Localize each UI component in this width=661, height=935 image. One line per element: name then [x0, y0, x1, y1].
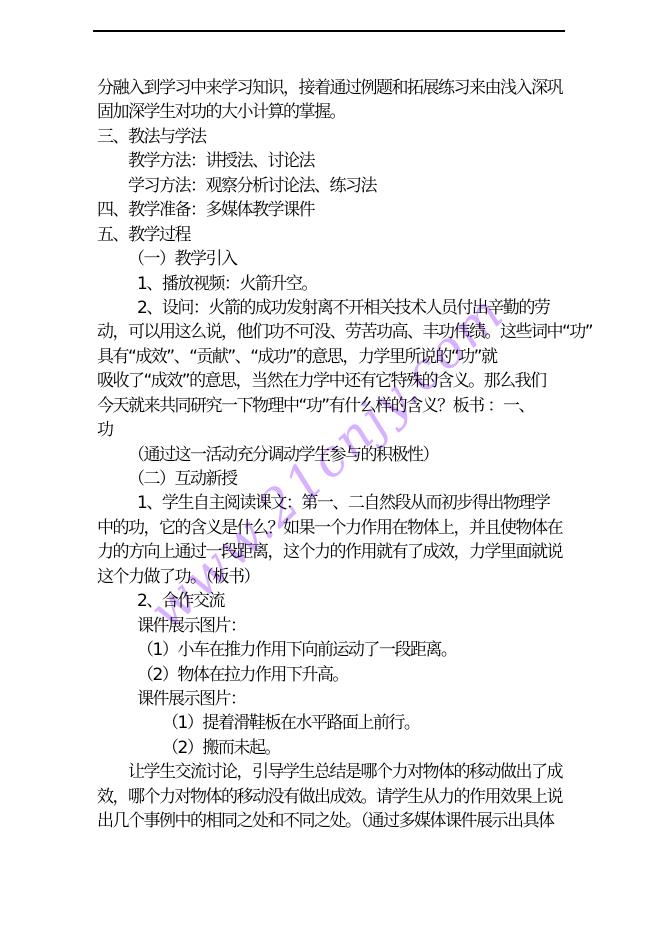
text-line: 今天就来共同研究一下物理中“功”有什么样的含义？板书 ：一、: [97, 394, 597, 418]
text-line: 力的方向上通过一段距离，这个力的作用就有了成效，力学里面就说: [97, 540, 597, 564]
text-line: 固加深学生对功的大小计算的掌握。: [97, 100, 597, 124]
list-item: 1、学生自主阅读课文：第一、二自然段从而初步得出物理学: [137, 491, 597, 515]
text-line: 这个力做了功。（板书）: [97, 565, 597, 589]
text-line: 中的功，它的含义是什么？如果一个力作用在物体上，并且使物体在: [97, 516, 597, 540]
document-body: 分融入到学习中来学习知识，接着通过例题和拓展练习来由浅入深巩 固加深学生对功的大…: [97, 76, 597, 834]
text-line: 效，哪个力对物体的移动没有做出成效。请学生从力的作用效果上说: [97, 785, 597, 809]
document-page: www.21cnjy.com 分融入到学习中来学习知识，接着通过例题和拓展练习来…: [0, 0, 661, 935]
text-line: 功: [97, 418, 597, 442]
subsection-heading: （一）教学引入: [128, 247, 597, 271]
text-line: 动，可以用这么说，他们功不可没、劳苦功高、丰功伟绩。这些词中“功”: [97, 320, 597, 344]
list-item: （2）物体在拉力作用下升高。: [137, 663, 597, 687]
text-line: 学习方法：观察分析讨论法、练习法: [128, 174, 597, 198]
section-heading: 三、教法与学法: [97, 125, 597, 149]
section-heading: 四、教学准备：多媒体教学课件: [97, 198, 597, 222]
page-header-rule: [93, 30, 565, 32]
list-item: 1、播放视频：火箭升空。: [137, 272, 597, 296]
text-line: 出几个事例中的相同之处和不同之处。（通过多媒体课件展示出具体: [97, 809, 597, 833]
text-line: 分融入到学习中来学习知识，接着通过例题和拓展练习来由浅入深巩: [97, 76, 597, 100]
text-line: 课件展示图片：: [137, 614, 597, 638]
text-line: 课件展示图片：: [137, 687, 597, 711]
list-item: （1）提着滑鞋板在水平路面上前行。: [162, 711, 597, 735]
list-item: 2、合作交流: [137, 589, 597, 613]
list-item: （1）小车在推力作用下向前运动了一段距离。: [137, 638, 597, 662]
text-line: 具有“成效”、“贡献”、“成功”的意思，力学里所说的“功”就: [97, 345, 597, 369]
text-line: （通过这一活动充分调动学生参与的积极性）: [128, 443, 597, 467]
text-line: 吸收了“成效”的意思，当然在力学中还有它特殊的含义。那么我们: [97, 369, 597, 393]
list-item: （2）搬而未起。: [162, 736, 597, 760]
subsection-heading: （二）互动新授: [128, 467, 597, 491]
section-heading: 五、教学过程: [97, 223, 597, 247]
text-line: 教学方法：讲授法、讨论法: [128, 149, 597, 173]
text-line: 让学生交流讨论，引导学生总结是哪个力对物体的移动做出了成: [128, 760, 597, 784]
list-item: 2、设问：火箭的成功发射离不开相关技术人员付出辛勤的劳: [137, 296, 597, 320]
